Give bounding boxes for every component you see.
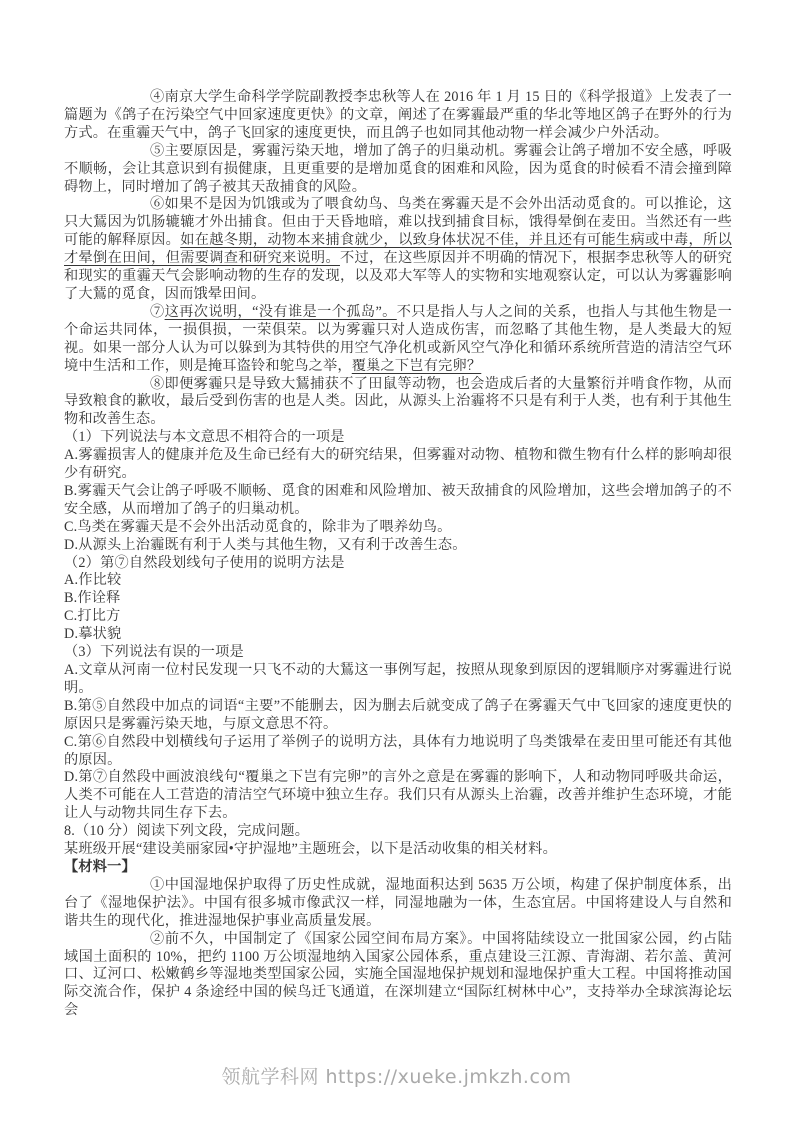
option-1-b-text: B.雾霾天气会让鸽子呼吸不顺畅、觅食的困难和风险增加、被天敌捕食的风险增加，这些… <box>64 483 732 517</box>
option-3-a: A.文章从河南一位村民发现一只飞不动的大鵟这一事例写起，按照从现象到原因的逻辑顺… <box>64 662 732 698</box>
option-1-a-text: A.雾霾损害人的健康并危及生命已经有大的研究结果，但雾霾对动物、植物和微生物有什… <box>64 447 732 481</box>
option-2-c-text: C.打比方 <box>64 608 121 624</box>
paragraph-5-text: ⑤主要原因是，雾霾污染天地，增加了鸽子的归巢动机。雾霾会让鸽子增加不安全感，呼吸… <box>64 143 732 195</box>
question-8-header-text: 8.（10 分）阅读下列文段，完成问题。 <box>64 823 309 839</box>
option-3-b: B.第⑤自然段中加点的词语“主要”不能删去，因为删去后就变成了鸽子在雾霾天气中飞… <box>64 698 732 734</box>
material-1-heading: 【材料一】 <box>64 859 732 877</box>
option-1-c: C.鸟类在雾霾天是不会外出活动觅食的，除非为了喂养幼鸟。 <box>64 519 732 537</box>
paragraph-7: ⑦这再次说明，“没有谁是一个孤岛”。不只是指人与人之间的关系，也指人与其他生物是… <box>64 304 732 376</box>
question-2: （2）第⑦自然段划线句子使用的说明方法是 <box>64 555 732 573</box>
option-2-d-text: D.摹状貌 <box>64 626 121 642</box>
paragraph-8-text: ⑧即便雾霾只是导致大鵟捕获不了田鼠等动物，也会造成后者的大量繁衍并啃食作物，从而… <box>64 376 732 428</box>
option-3-a-text: A.文章从河南一位村民发现一只飞不动的大鵟这一事例写起，按照从现象到原因的逻辑顺… <box>64 662 732 696</box>
watermark-footer: 领航学科网 https://xueke.jmkzh.com <box>0 1062 793 1089</box>
paragraph-7-text: ⑦ <box>150 304 165 320</box>
option-2-a-text: A.作比较 <box>64 572 121 588</box>
option-3-c-text: C.第⑥自然段中划横线句子运用了举例子的说明方法，具体有力地说明了鸟类饿晕在麦田… <box>64 734 732 768</box>
question-3: （3）下列说法有误的一项是 <box>64 644 732 662</box>
material-1-para-2-text: ②前不久，中国制定了《国家公园空间布局方案》。中国将陆续设立一批国家公园，约占陆… <box>64 931 732 1019</box>
question-1: （1）下列说法与本文意思不相符合的一项是 <box>64 429 732 447</box>
material-1-para-1: ①中国湿地保护取得了历史性成就，湿地面积达到 5635 万公顷，构建了保护制度体… <box>64 877 732 931</box>
option-2-d: D.摹状貌 <box>64 626 732 644</box>
question-2-text: （2）第⑦自然段划线句子使用的说明方法是 <box>64 555 345 571</box>
question-8-intro-text: 某班级开展“建设美丽家园•守护湿地”主题班会，以下是活动收集的相关材料。 <box>64 841 557 857</box>
option-3-d: D.第⑦自然段中画波浪线句“覆巢之下岂有完卵”的言外之意是在雾霾的影响下，人和动… <box>64 769 732 823</box>
option-1-d-text: D.从源头上治霾既有利于人类与其他生物，又有利于改善生态。 <box>64 537 467 553</box>
option-3-b-text: B.第⑤自然段中加点的词语“主要”不能删去，因为删去后就变成了鸽子在雾霾天气中飞… <box>64 698 732 732</box>
question-3-text: （3）下列说法有误的一项是 <box>64 644 244 660</box>
paragraph-4: ④南京大学生命科学学院副教授李忠秋等人在 2016 年 1 月 15 日的《科学… <box>64 89 732 143</box>
option-3-d-text: D.第⑦自然段中画波浪线句“覆巢之下岂有完卵”的言外之意是在雾霾的影响下，人和动… <box>64 769 732 821</box>
document-body: ④南京大学生命科学学院副教授李忠秋等人在 2016 年 1 月 15 日的《科学… <box>64 89 732 1020</box>
question-1-text: （1）下列说法与本文意思不相符合的一项是 <box>64 429 345 445</box>
paragraph-6: ⑥如果不是因为饥饿或为了喂食幼鸟、鸟类在雾霾天是不会外出活动觅食的。可以推论，这… <box>64 196 732 303</box>
paragraph-4-text: ④南京大学生命科学学院副教授李忠秋等人在 2016 年 1 月 15 日的《科学… <box>64 89 732 141</box>
watermark-text: 领航学科网 https://xueke.jmkzh.com <box>221 1066 571 1088</box>
paragraph-8: ⑧即便雾霾只是导致大鵟捕获不了田鼠等动物，也会造成后者的大量繁衍并啃食作物，从而… <box>64 376 732 430</box>
material-1-para-1-text: ①中国湿地保护取得了历史性成就，湿地面积达到 5635 万公顷，构建了保护制度体… <box>64 877 732 929</box>
document-page: ④南京大学生命科学学院副教授李忠秋等人在 2016 年 1 月 15 日的《科学… <box>0 0 793 1122</box>
option-2-b: B.作诠释 <box>64 590 732 608</box>
paragraph-5: ⑤主要原因是，雾霾污染天地，增加了鸽子的归巢动机。雾霾会让鸽子增加不安全感，呼吸… <box>64 143 732 197</box>
paragraph-7-text: 这再次说明，“没有谁是一个孤岛”。 <box>165 304 397 320</box>
option-2-c: C.打比方 <box>64 608 732 626</box>
option-2-a: A.作比较 <box>64 572 732 590</box>
material-1-para-2: ②前不久，中国制定了《国家公园空间布局方案》。中国将陆续设立一批国家公园，约占陆… <box>64 931 732 1021</box>
option-1-b: B.雾霾天气会让鸽子呼吸不顺畅、觅食的困难和风险增加、被天敌捕食的风险增加，这些… <box>64 483 732 519</box>
material-1-heading-text: 【材料一】 <box>64 859 136 875</box>
paragraph-7-text: 覆巢之下岂有完卵？ <box>352 358 482 374</box>
option-1-a: A.雾霾损害人的健康并危及生命已经有大的研究结果，但雾霾对动物、植物和微生物有什… <box>64 447 732 483</box>
question-8-header: 8.（10 分）阅读下列文段，完成问题。 <box>64 823 732 841</box>
option-1-c-text: C.鸟类在雾霾天是不会外出活动觅食的，除非为了喂养幼鸟。 <box>64 519 452 535</box>
option-2-b-text: B.作诠释 <box>64 590 121 606</box>
option-1-d: D.从源头上治霾既有利于人类与其他生物，又有利于改善生态。 <box>64 537 732 555</box>
question-8-intro: 某班级开展“建设美丽家园•守护湿地”主题班会，以下是活动收集的相关材料。 <box>64 841 732 859</box>
option-3-c: C.第⑥自然段中划横线句子运用了举例子的说明方法，具体有力地说明了鸟类饿晕在麦田… <box>64 734 732 770</box>
